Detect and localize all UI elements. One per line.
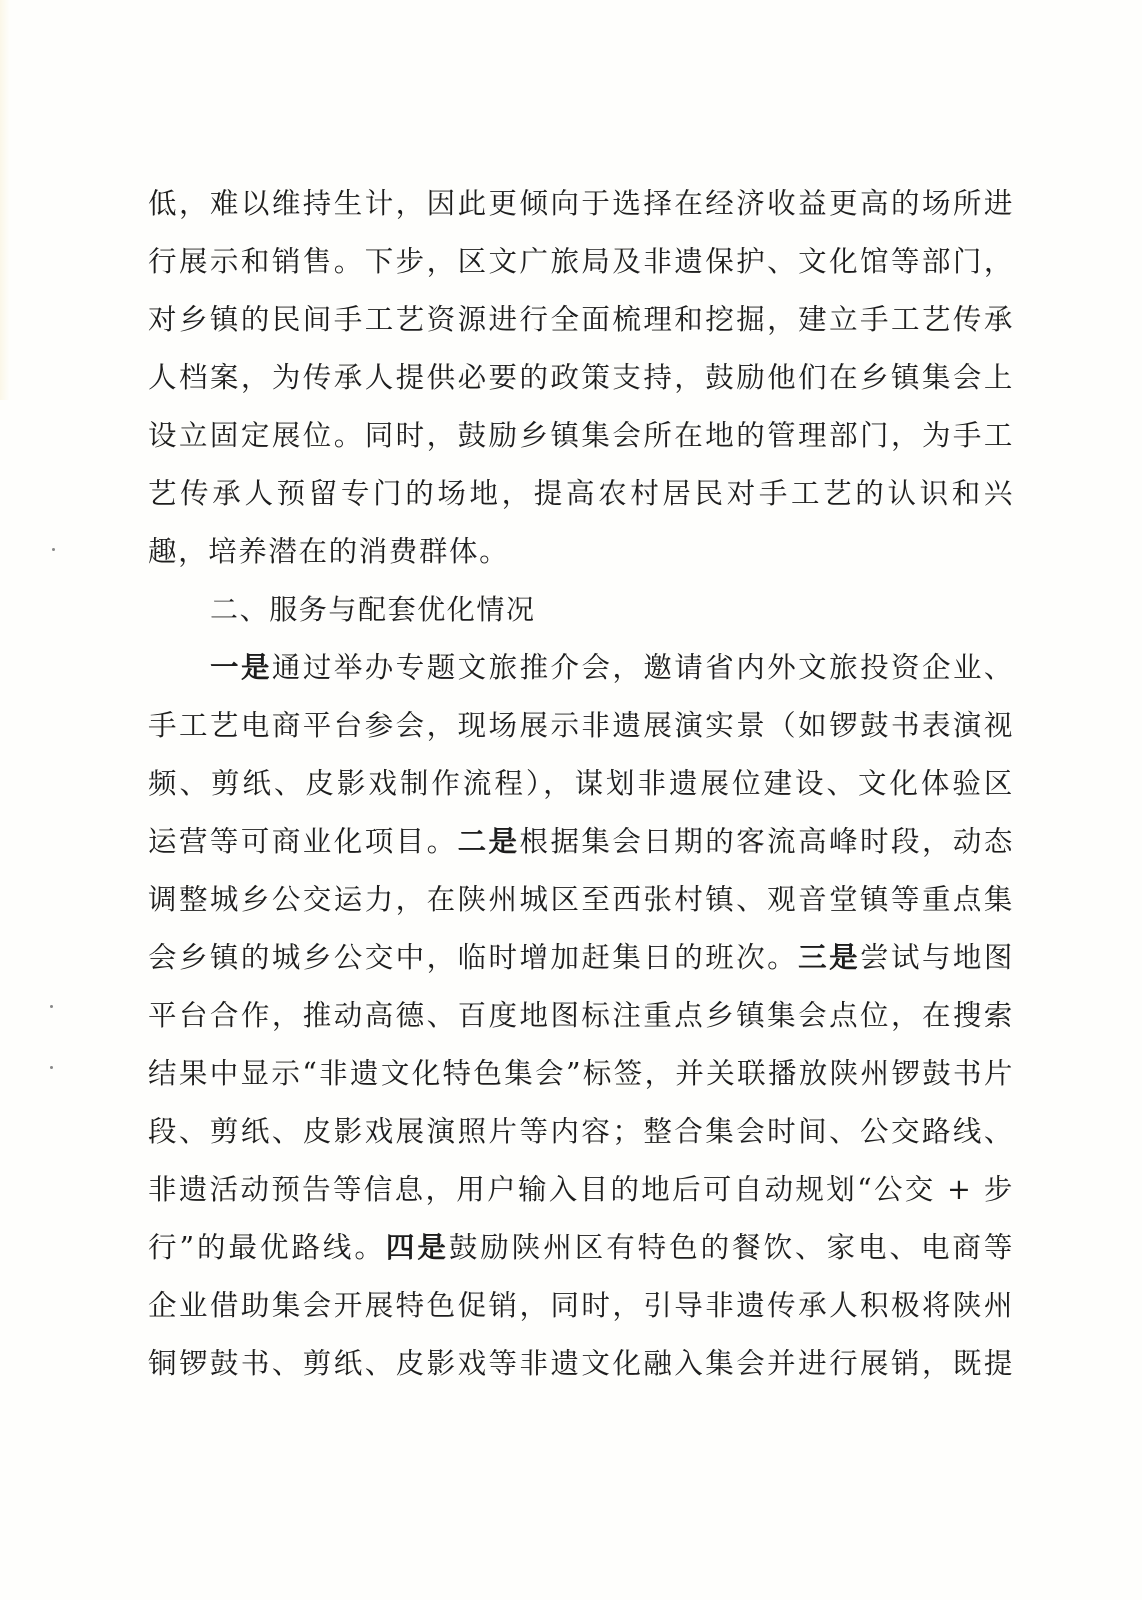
text-span: 根据集会日期的客流高峰时段，动态: [520, 825, 1014, 858]
section-heading: 二、服务与配套优化情况: [148, 581, 1014, 639]
text-line: 平台合作，推动高德、百度地图标注重点乡镇集会点位，在搜索: [148, 987, 1014, 1045]
text-line: 对乡镇的民间手工艺资源进行全面梳理和挖掘，建立手工艺传承: [148, 291, 1014, 349]
text-line: 艺传承人预留专门的场地，提高农村居民对手工艺的认识和兴: [148, 465, 1014, 523]
text-line: 设立固定展位。同时，鼓励乡镇集会所在地的管理部门，为手工: [148, 407, 1014, 465]
text-line: 手工艺电商平台参会，现场展示非遗展演实景（如锣鼓书表演视: [148, 697, 1014, 755]
scan-speck: [50, 1005, 53, 1008]
text-line: 行展示和销售。下步，区文广旅局及非遗保护、文化馆等部门，: [148, 233, 1014, 291]
point-four-label: 四是: [386, 1231, 449, 1264]
paragraph-handicraft: 低，难以维持生计，因此更倾向于选择在经济收益更高的场所进 行展示和销售。下步，区…: [148, 175, 1014, 581]
text-span: 通过举办专题文旅推介会，邀请省内外文旅投资企业、: [272, 651, 1014, 684]
text-line: 结果中显示“非遗文化特色集会”标签，并关联播放陕州锣鼓书片: [148, 1045, 1014, 1103]
text-line: 铜锣鼓书、剪纸、皮影戏等非遗文化融入集会并进行展销，既提: [148, 1335, 1014, 1393]
text-line: 低，难以维持生计，因此更倾向于选择在经济收益更高的场所进: [148, 175, 1014, 233]
text-line: 行”的最优路线。四是鼓励陕州区有特色的餐饮、家电、电商等: [148, 1219, 1014, 1277]
text-line: 人档案，为传承人提供必要的政策支持，鼓励他们在乡镇集会上: [148, 349, 1014, 407]
point-two-label: 二是: [458, 825, 520, 858]
document-page: 低，难以维持生计，因此更倾向于选择在经济收益更高的场所进 行展示和销售。下步，区…: [148, 175, 1014, 1393]
text-line: 调整城乡公交运力，在陕州城区至西张村镇、观音堂镇等重点集: [148, 871, 1014, 929]
text-span: 会乡镇的城乡公交中，临时增加赶集日的班次。: [148, 941, 798, 974]
text-span: 尝试与地图: [860, 941, 1014, 974]
paragraph-services: 一是通过举办专题文旅推介会，邀请省内外文旅投资企业、 手工艺电商平台参会，现场展…: [148, 639, 1014, 1393]
scan-speck: [52, 548, 55, 551]
text-span: 行”的最优路线。: [148, 1231, 386, 1264]
text-line: 一是通过举办专题文旅推介会，邀请省内外文旅投资企业、: [148, 639, 1014, 697]
scan-edge-shadow: [0, 0, 10, 400]
text-line: 频、剪纸、皮影戏制作流程），谋划非遗展位建设、文化体验区: [148, 755, 1014, 813]
point-three-label: 三是: [798, 941, 860, 974]
scan-speck: [50, 1066, 53, 1069]
text-line: 非遗活动预告等信息，用户输入目的地后可自动规划“公交 + 步: [148, 1161, 1014, 1219]
text-line: 会乡镇的城乡公交中，临时增加赶集日的班次。三是尝试与地图: [148, 929, 1014, 987]
point-one-label: 一是: [210, 651, 272, 684]
text-span: 运营等可商业化项目。: [148, 825, 458, 858]
text-line: 趣，培养潜在的消费群体。: [148, 523, 1014, 581]
text-line: 段、剪纸、皮影戏展演照片等内容；整合集会时间、公交路线、: [148, 1103, 1014, 1161]
text-line: 运营等可商业化项目。二是根据集会日期的客流高峰时段，动态: [148, 813, 1014, 871]
text-span: 鼓励陕州区有特色的餐饮、家电、电商等: [449, 1231, 1014, 1264]
text-line: 企业借助集会开展特色促销，同时，引导非遗传承人积极将陕州: [148, 1277, 1014, 1335]
